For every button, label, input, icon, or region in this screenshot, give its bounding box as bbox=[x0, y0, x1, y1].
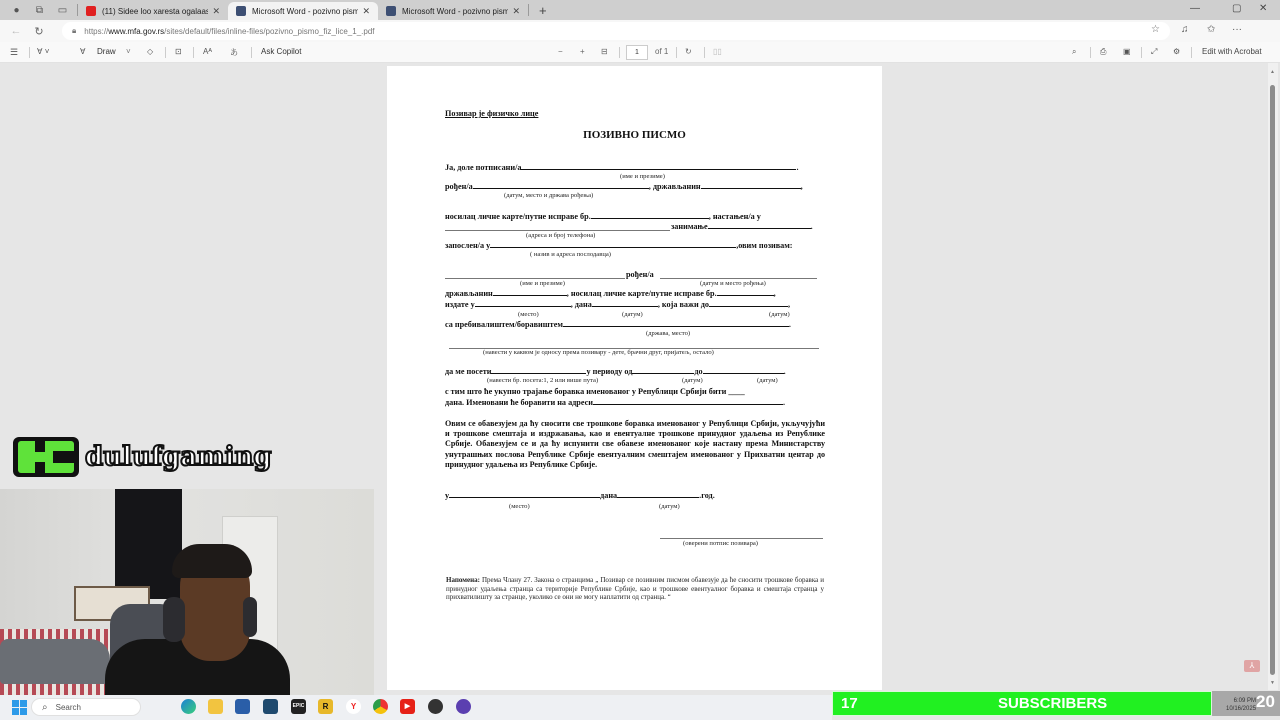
subscriber-count: 17 bbox=[841, 695, 858, 712]
divider bbox=[676, 47, 677, 58]
search-icon: ⌕ bbox=[42, 702, 48, 713]
line-invitee-citizenship: држављанин, носилац личне карте/путне ис… bbox=[445, 289, 776, 298]
line-address: дана. Именовани ће боравити на адреси. bbox=[445, 398, 785, 407]
page-view-icon[interactable]: ▯▯ bbox=[713, 47, 722, 56]
subscriber-label: SUBSCRIBERS bbox=[998, 695, 1107, 712]
tab-title: Microsoft Word - pozivno pismo_ bbox=[252, 7, 358, 16]
close-window-button[interactable]: ✕ bbox=[1259, 3, 1267, 14]
browser-tab-strip: ● ⧉ ▭ (11) Sidee loo xaresta ogalaasha ✕… bbox=[0, 0, 1280, 20]
address-field-line[interactable] bbox=[445, 230, 670, 231]
draw-button[interactable]: Draw bbox=[97, 47, 116, 56]
hint: (датум) bbox=[682, 377, 703, 384]
date-field-line[interactable] bbox=[592, 300, 658, 307]
birth-field-line[interactable] bbox=[473, 182, 649, 189]
headphones-right bbox=[243, 597, 257, 637]
clock-date: 10/16/2025 bbox=[1226, 706, 1256, 712]
citizenship-field-line[interactable] bbox=[701, 182, 801, 189]
hint: (датум) bbox=[622, 311, 643, 318]
url-host: www.mfa.gov.rs bbox=[108, 27, 164, 36]
obligation-paragraph: Овим се обавезујем да ћу сносити све тро… bbox=[445, 419, 825, 470]
page-current: 1 bbox=[635, 49, 639, 56]
fullscreen-icon[interactable]: ⤢ bbox=[1151, 47, 1157, 57]
line-id: носилац личне карте/путне исправе бр., н… bbox=[445, 212, 761, 221]
divider bbox=[251, 47, 252, 58]
blanket bbox=[0, 639, 110, 684]
tab-title: (11) Sidee loo xaresta ogalaasha bbox=[102, 7, 208, 16]
minimize-button[interactable]: — bbox=[1190, 3, 1200, 14]
webcam-feed bbox=[0, 489, 374, 700]
url-path: /sites/default/files/inline-files/pozivn… bbox=[164, 27, 374, 36]
clock-time: 6:09 PM bbox=[1234, 698, 1256, 704]
from-date-field-line[interactable] bbox=[632, 367, 694, 374]
scrollbar-thumb[interactable] bbox=[1270, 85, 1275, 675]
line-signatory: Ја, доле потписани/а. bbox=[445, 163, 799, 172]
label: .год. bbox=[699, 491, 715, 500]
hint: (датум) bbox=[769, 311, 790, 318]
tab-pdf[interactable]: Microsoft Word - pozivno pismo_ ✕ bbox=[378, 2, 528, 20]
label: држављанин bbox=[445, 289, 493, 298]
search-icon[interactable]: ⌕ bbox=[1072, 47, 1076, 57]
to-date-field-line[interactable] bbox=[703, 367, 784, 374]
document-icon bbox=[386, 6, 396, 16]
taskbar-search[interactable]: ⌕ Search bbox=[31, 698, 141, 716]
label: са пребивалиштем/боравиштем bbox=[445, 320, 563, 329]
back-button[interactable]: ← bbox=[5, 25, 27, 37]
hint: (оверени потпис позивара) bbox=[683, 540, 758, 547]
windows-start-icon[interactable] bbox=[12, 700, 27, 715]
divider bbox=[1090, 47, 1091, 58]
edge-icon[interactable] bbox=[181, 699, 196, 714]
label: запослен/а у bbox=[445, 241, 490, 250]
label: дана bbox=[600, 491, 617, 500]
label: носилац личне карте/путне исправе бр. bbox=[445, 212, 591, 221]
rotate-icon[interactable]: ↻ bbox=[685, 47, 692, 56]
citizenship-field-line[interactable] bbox=[493, 289, 567, 296]
url-field[interactable]: 🔒︎ https://www.mfa.gov.rs/sites/default/… bbox=[62, 22, 1170, 40]
hint: (адреса и број телефона) bbox=[526, 232, 595, 239]
divider bbox=[1141, 47, 1142, 58]
divider bbox=[704, 47, 705, 58]
hint: (име и презиме) bbox=[620, 173, 665, 180]
hint: (име и презиме) bbox=[520, 280, 565, 287]
note-label: Напомена: bbox=[446, 576, 480, 584]
divider bbox=[29, 47, 30, 58]
rockstar-icon[interactable]: R bbox=[318, 699, 333, 714]
edit-with-acrobat-button[interactable]: Edit with Acrobat bbox=[1202, 47, 1262, 56]
hint: (датум) bbox=[757, 377, 778, 384]
page-info-icon[interactable]: 🔒︎ bbox=[72, 26, 76, 36]
eraser-icon[interactable]: ◇ bbox=[147, 47, 153, 56]
headphones-left bbox=[163, 597, 185, 642]
hint: (држава, место) bbox=[646, 330, 690, 337]
hint: (место) bbox=[509, 503, 530, 510]
epic-games-icon[interactable]: EPIC bbox=[291, 699, 306, 714]
divider bbox=[1191, 47, 1192, 58]
youtube-icon bbox=[86, 6, 96, 16]
residence-field-line[interactable] bbox=[563, 320, 789, 327]
tab-youtube[interactable]: (11) Sidee loo xaresta ogalaasha ✕ bbox=[78, 2, 228, 20]
label: , дана bbox=[571, 300, 592, 309]
app-icon[interactable] bbox=[263, 699, 278, 714]
fit-page-icon[interactable]: ⊟ bbox=[601, 47, 608, 56]
label: да ме посети bbox=[445, 367, 491, 376]
line-duration: с тим што ће укупно трајање боравка имен… bbox=[445, 387, 745, 396]
divider bbox=[165, 47, 166, 58]
print-icon[interactable]: ⎙ bbox=[1100, 47, 1106, 57]
obs-icon[interactable] bbox=[428, 699, 443, 714]
hint: (навести у каквом је односу према позива… bbox=[483, 349, 714, 356]
hint: (место) bbox=[518, 311, 539, 318]
new-tab-button[interactable]: + bbox=[539, 3, 547, 18]
zoom-in-button[interactable]: + bbox=[580, 47, 585, 56]
document-heading: Позивар је физичко лице bbox=[445, 109, 538, 118]
page-number-input[interactable]: 1 bbox=[626, 45, 648, 60]
label: рођен/а bbox=[626, 270, 654, 279]
line-place-date: удана.год. bbox=[445, 491, 715, 500]
valid-until-field-line[interactable] bbox=[709, 300, 788, 307]
save-icon[interactable]: ▣ bbox=[1123, 47, 1131, 56]
line-issued: издате у, дана, која важи до, bbox=[445, 300, 790, 309]
maximize-button[interactable]: ▢ bbox=[1232, 3, 1241, 14]
label: до bbox=[694, 367, 702, 376]
draw-icon[interactable]: ∀ bbox=[80, 47, 85, 56]
name-field-line[interactable] bbox=[521, 163, 796, 170]
tab-actions-icon[interactable]: ▭ bbox=[56, 4, 69, 17]
label: , настањен/а у bbox=[709, 212, 761, 221]
divider bbox=[528, 4, 529, 16]
channel-name: dulufgaming bbox=[85, 442, 272, 472]
more-options-icon[interactable]: ··· bbox=[1232, 24, 1242, 35]
invitee-birth-line[interactable] bbox=[660, 278, 817, 279]
note-text: Према Члану 27. Закона о странцима „ Поз… bbox=[446, 576, 824, 601]
zoom-out-button[interactable]: − bbox=[558, 47, 563, 56]
highlight-icon[interactable]: ∀ ˅ bbox=[37, 47, 49, 56]
app-icon[interactable] bbox=[456, 699, 471, 714]
label: Ја, доле потписани/а bbox=[445, 163, 521, 172]
person-hair bbox=[172, 544, 252, 578]
close-icon[interactable]: ✕ bbox=[362, 6, 370, 17]
label: , држављанин bbox=[649, 182, 701, 191]
id-field-line[interactable] bbox=[591, 212, 709, 219]
document-icon bbox=[236, 6, 246, 16]
ask-copilot-button[interactable]: Ask Copilot bbox=[261, 47, 301, 56]
label: , која важи до bbox=[658, 300, 709, 309]
date-field-line[interactable] bbox=[617, 491, 699, 498]
scroll-down-arrow[interactable]: ▼ bbox=[1270, 680, 1275, 686]
line-birth: рођен/а, држављанин, bbox=[445, 182, 803, 191]
label: , носилац личне карте/путне исправе бр. bbox=[567, 289, 717, 298]
refresh-button[interactable]: ↻ bbox=[28, 25, 50, 38]
tab-title: Microsoft Word - pozivno pismo_ bbox=[402, 7, 508, 16]
label: дана. Именовани ће боравити на адреси bbox=[445, 398, 593, 407]
address-bar-row: ← ↻ 🔒︎ https://www.mfa.gov.rs/sites/defa… bbox=[0, 20, 1280, 42]
close-icon[interactable]: ✕ bbox=[212, 6, 220, 17]
text-box-icon[interactable]: ⊡ bbox=[175, 47, 182, 56]
channel-logo: dulufgaming bbox=[13, 437, 272, 477]
favorites-icon[interactable]: ✩ bbox=[1207, 24, 1215, 35]
line-visit: да ме посетиу периоду оддо. bbox=[445, 367, 786, 376]
page-total: of 1 bbox=[655, 47, 668, 56]
label: у периоду од bbox=[586, 367, 632, 376]
close-icon[interactable]: ✕ bbox=[512, 6, 520, 17]
store-icon[interactable] bbox=[235, 699, 250, 714]
profile-icon[interactable]: ● bbox=[10, 4, 23, 17]
document-title: ПОЗИВНО ПИСМО bbox=[387, 129, 882, 141]
system-clock[interactable]: 6:09 PM10/16/2025 bbox=[1226, 697, 1256, 713]
label: занимање bbox=[671, 222, 708, 231]
invitee-name-line[interactable] bbox=[445, 278, 625, 279]
line-occupation: занимање. bbox=[671, 222, 813, 231]
subscriber-goal-bar: 17 SUBSCRIBERS bbox=[832, 691, 1212, 716]
translate-icon[interactable]: あ bbox=[230, 47, 238, 58]
url-scheme: https:// bbox=[84, 27, 108, 36]
hint: (датум, место и држава рођења) bbox=[504, 192, 593, 199]
contents-icon[interactable]: ☰ bbox=[10, 47, 18, 58]
search-placeholder: Search bbox=[56, 703, 81, 712]
scroll-up-arrow[interactable]: ▲ bbox=[1270, 69, 1275, 75]
line-residence: са пребивалиштем/боравиштем. bbox=[445, 320, 791, 329]
text-size-icon[interactable]: Aᴬ bbox=[203, 47, 212, 56]
line-employer: запослен/а у,овим позивам: bbox=[445, 241, 793, 250]
favorite-star-icon[interactable]: ☆ bbox=[1151, 24, 1160, 35]
subscriber-goal: 20 bbox=[1256, 692, 1275, 712]
label: ,овим позивам: bbox=[736, 241, 792, 250]
signature-line[interactable] bbox=[660, 538, 823, 539]
youtube-icon[interactable]: ▶ bbox=[400, 699, 415, 714]
file-explorer-icon[interactable] bbox=[208, 699, 223, 714]
acrobat-icon[interactable]: ⅄ bbox=[1244, 660, 1260, 672]
stay-address-field-line[interactable] bbox=[593, 398, 783, 405]
pdf-page: Позивар је физичко лице ПОЗИВНО ПИСМО Ја… bbox=[387, 66, 882, 690]
vertical-scrollbar[interactable]: ▲ ▼ bbox=[1268, 63, 1278, 690]
place-field-line[interactable] bbox=[449, 491, 600, 498]
place-field-line[interactable] bbox=[475, 300, 571, 307]
hint: (навести бр. посета:1, 2 или више пута) bbox=[487, 377, 598, 384]
settings-gear-icon[interactable]: ⚙ bbox=[1173, 47, 1180, 56]
hint: (датум) bbox=[659, 503, 680, 510]
label: рођен/а bbox=[445, 182, 473, 191]
label: издате у bbox=[445, 300, 475, 309]
divider bbox=[619, 47, 620, 58]
hint: (датум и место рођења) bbox=[700, 280, 766, 287]
employer-field-line[interactable] bbox=[490, 241, 736, 248]
pdf-toolbar: ☰ ∀ ˅ ∀ Draw ˅ ◇ ⊡ Aᴬ あ Ask Copilot − + … bbox=[0, 42, 1280, 63]
divider bbox=[193, 47, 194, 58]
workspaces-icon[interactable]: ⧉ bbox=[33, 4, 46, 17]
k-logo-icon bbox=[13, 437, 79, 477]
occupation-field-line[interactable] bbox=[708, 222, 811, 229]
tab-pdf-active[interactable]: Microsoft Word - pozivno pismo_ ✕ bbox=[228, 2, 378, 20]
chrome-icon[interactable] bbox=[373, 699, 388, 714]
read-aloud-icon[interactable]: ♫ bbox=[1181, 24, 1189, 35]
visits-field-line[interactable] bbox=[491, 367, 586, 374]
footnote: Напомена: Према Члану 27. Закона о стран… bbox=[446, 576, 824, 602]
chevron-down-icon[interactable]: ˅ bbox=[126, 47, 131, 56]
hint: ( назив и адреса послодавца) bbox=[530, 251, 611, 258]
yandex-icon[interactable]: Y bbox=[346, 699, 361, 714]
id-field-line[interactable] bbox=[717, 289, 774, 296]
curtain bbox=[115, 489, 182, 599]
